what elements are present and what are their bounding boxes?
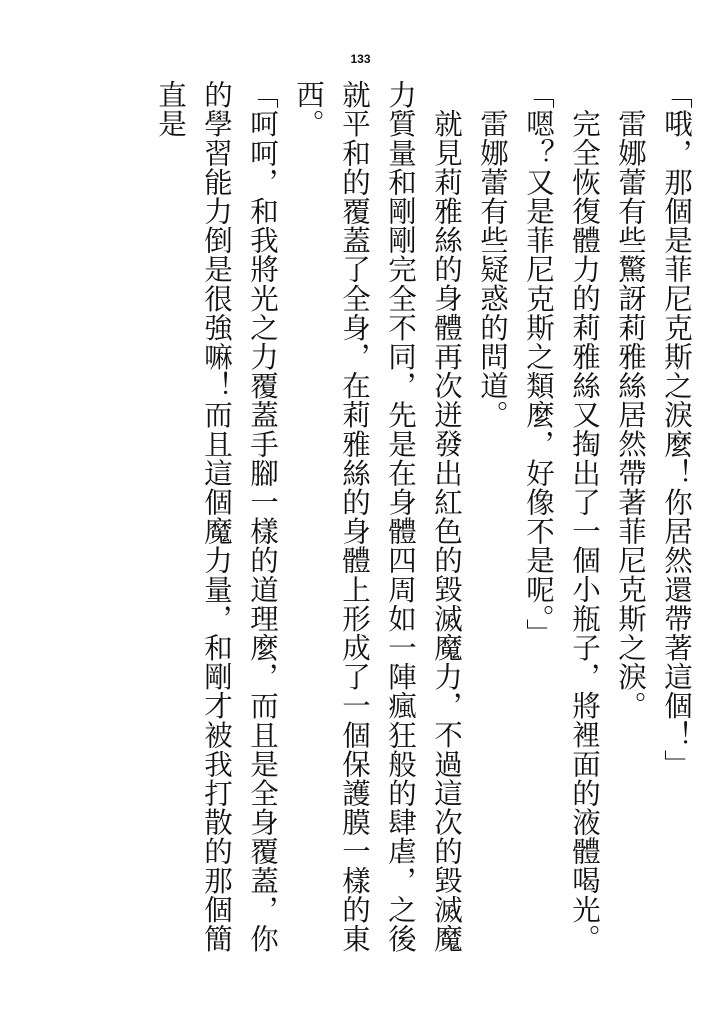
paragraph-narration: 就見莉雅絲的身體再次迸發出紅色的毀滅魔力，不過這次的毀滅魔力質量和剛剛完全不同，… xyxy=(285,80,469,980)
paragraph-dialogue: 「呵呵，和我將光之力覆蓋手腳一樣的道理麼，而且是全身覆蓋，你的學習能力倒是很強嘛… xyxy=(147,80,285,980)
page-number: 133 xyxy=(0,52,721,66)
paragraph-dialogue: 「嗯？又是菲尼克斯之類麼，好像不是呢。」 xyxy=(515,80,561,980)
paragraph-narration: 雷娜蕾有些疑惑的問道。 xyxy=(469,80,515,980)
vertical-text-body: 「哦，那個是菲尼克斯之淚麼！你居然還帶著這個！」 雷娜蕾有些驚訝莉雅絲居然帶著菲… xyxy=(147,80,699,980)
paragraph-dialogue: 「哦，那個是菲尼克斯之淚麼！你居然還帶著這個！」 xyxy=(653,80,699,980)
paragraph-narration: 雷娜蕾有些驚訝莉雅絲居然帶著菲尼克斯之淚。 xyxy=(607,80,653,980)
paragraph-narration: 完全恢復體力的莉雅絲又掏出了一個小瓶子，將裡面的液體喝光。 xyxy=(561,80,607,980)
